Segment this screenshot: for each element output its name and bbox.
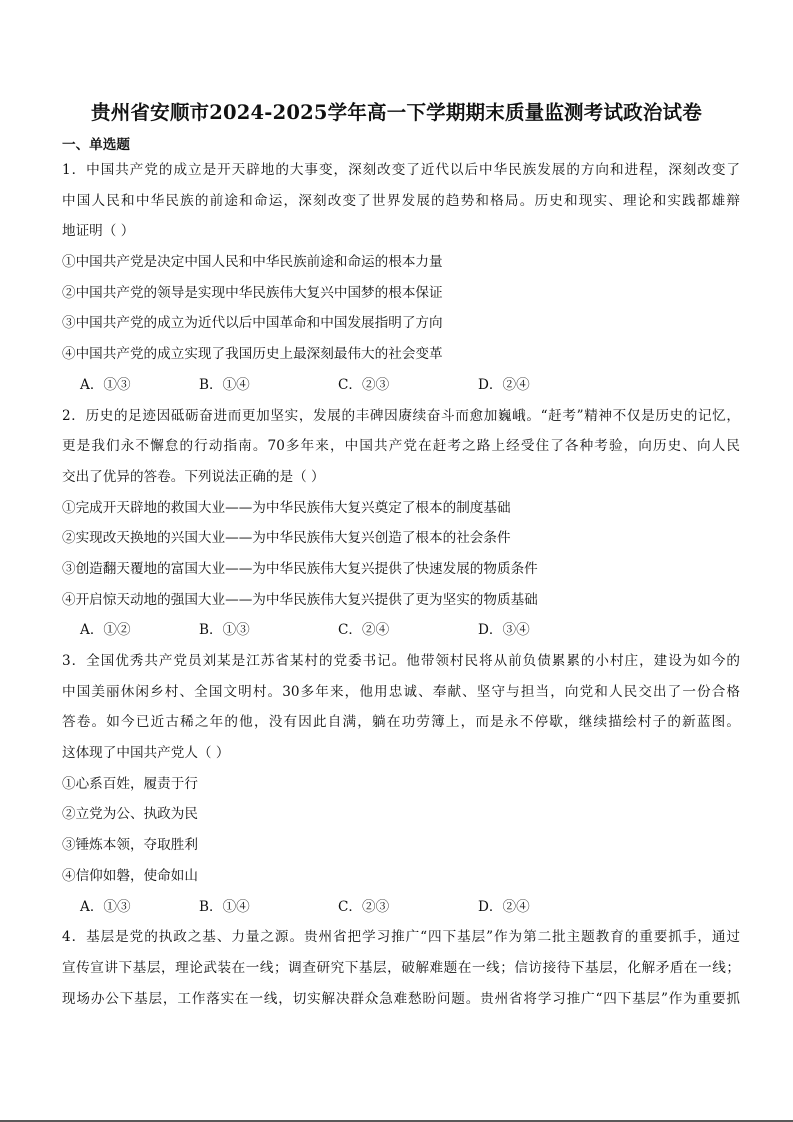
question-3-option-a: A．①③ [80, 897, 131, 917]
question-1-stem-line-3: 地证明（ ） [62, 221, 740, 252]
question-1-options: A．①③ B．①④ C．②③ D．②④ [62, 375, 740, 406]
question-3-option-b: B．①④ [199, 897, 250, 917]
question-4-stem-line-2: 宣传宣讲下基层，理论武装在一线；调查研究下基层，破解难题在一线；信访接待下基层，… [62, 958, 740, 989]
question-3-stem-line-3: 答卷。如今已近古稀之年的他，没有因此自满，躺在功劳簿上，而是永不停歇，继续描绘村… [62, 712, 740, 743]
question-2-stem-line-2: 更是我们永不懈怠的行动指南。70多年来，中国共产党在赶考之路上经受住了各种考验，… [62, 436, 740, 467]
question-1-statement-3: ③中国共产党的成立为近代以后中国革命和中国发展指明了方向 [62, 313, 740, 344]
question-1-statement-1: ①中国共产党是决定中国人民和中华民族前途和命运的根本力量 [62, 252, 740, 283]
question-2-option-b: B．①③ [199, 620, 250, 640]
question-3-options: A．①③ B．①④ C．②③ D．②④ [62, 897, 740, 928]
question-3: 3．全国优秀共产党员刘某是江苏省某村的党委书记。他带领村民将从前负债累累的小村庄… [62, 651, 740, 927]
document-page: 贵州省安顺市2024-2025学年高一下学期期末质量监测考试政治试卷 一、单选题… [0, 0, 793, 1120]
section-heading-single-choice: 一、单选题 [62, 136, 740, 160]
question-1-stem-line-1: 1．中国共产党的成立是开天辟地的大事变，深刻改变了近代以后中华民族发展的方向和进… [62, 160, 740, 191]
question-2-options: A．①② B．①③ C．②④ D．③④ [62, 620, 740, 651]
question-3-statement-1: ①心系百姓，履责于行 [62, 774, 740, 805]
question-3-option-c: C．②③ [338, 897, 389, 917]
document-title: 贵州省安顺市2024-2025学年高一下学期期末质量监测考试政治试卷 [0, 97, 793, 125]
question-2-statement-4: ④开启惊天动地的强国大业——为中华民族伟大复兴提供了更为坚实的物质基础 [62, 590, 740, 621]
question-3-statement-4: ④信仰如磐，使命如山 [62, 866, 740, 897]
question-1: 1．中国共产党的成立是开天辟地的大事变，深刻改变了近代以后中华民族发展的方向和进… [62, 160, 740, 406]
question-1-statement-2: ②中国共产党的领导是实现中华民族伟大复兴中国梦的根本保证 [62, 283, 740, 314]
question-2-statement-2: ②实现改天换地的兴国大业——为中华民族伟大复兴创造了根本的社会条件 [62, 528, 740, 559]
question-1-option-a: A．①③ [80, 375, 131, 395]
question-1-stem-line-2: 中国人民和中华民族的前途和命运，深刻改变了世界发展的趋势和格局。历史和现实、理论… [62, 191, 740, 222]
question-2: 2．历史的足迹因砥砺奋进而更加坚实，发展的丰碑因赓续奋斗而愈加巍峨。“赶考”精神… [62, 406, 740, 652]
question-1-option-c: C．②③ [338, 375, 389, 395]
question-1-option-d: D．②④ [478, 375, 530, 395]
question-2-option-d: D．③④ [478, 620, 530, 640]
question-3-stem-line-2: 中国美丽休闲乡村、全国文明村。30多年来，他用忠诚、奉献、坚守与担当，向党和人民… [62, 682, 740, 713]
document-body: 一、单选题 1．中国共产党的成立是开天辟地的大事变，深刻改变了近代以后中华民族发… [62, 136, 740, 1019]
question-2-stem-line-3: 交出了优异的答卷。下列说法正确的是（ ） [62, 467, 740, 498]
question-2-statement-3: ③创造翻天覆地的富国大业——为中华民族伟大复兴提供了快速发展的物质条件 [62, 559, 740, 590]
question-3-stem-line-1: 3．全国优秀共产党员刘某是江苏省某村的党委书记。他带领村民将从前负债累累的小村庄… [62, 651, 740, 682]
question-4-stem-line-3: 现场办公下基层，工作落实在一线，切实解决群众急难愁盼问题。贵州省将学习推广“四下… [62, 989, 740, 1020]
question-3-statement-3: ③锤炼本领，夺取胜利 [62, 835, 740, 866]
question-2-option-a: A．①② [80, 620, 131, 640]
question-2-statement-1: ①完成开天辟地的救国大业——为中华民族伟大复兴奠定了根本的制度基础 [62, 498, 740, 529]
question-1-option-b: B．①④ [199, 375, 250, 395]
question-2-option-c: C．②④ [338, 620, 389, 640]
question-3-option-d: D．②④ [478, 897, 530, 917]
question-4-stem-line-1: 4．基层是党的执政之基、力量之源。贵州省把学习推广“四下基层”作为第二批主题教育… [62, 927, 740, 958]
question-3-statement-2: ②立党为公、执政为民 [62, 804, 740, 835]
question-3-stem-line-4: 这体现了中国共产党人（ ） [62, 743, 740, 774]
question-2-stem-line-1: 2．历史的足迹因砥砺奋进而更加坚实，发展的丰碑因赓续奋斗而愈加巍峨。“赶考”精神… [62, 406, 740, 437]
question-4: 4．基层是党的执政之基、力量之源。贵州省把学习推广“四下基层”作为第二批主题教育… [62, 927, 740, 1019]
question-1-statement-4: ④中国共产党的成立实现了我国历史上最深刻最伟大的社会变革 [62, 344, 740, 375]
